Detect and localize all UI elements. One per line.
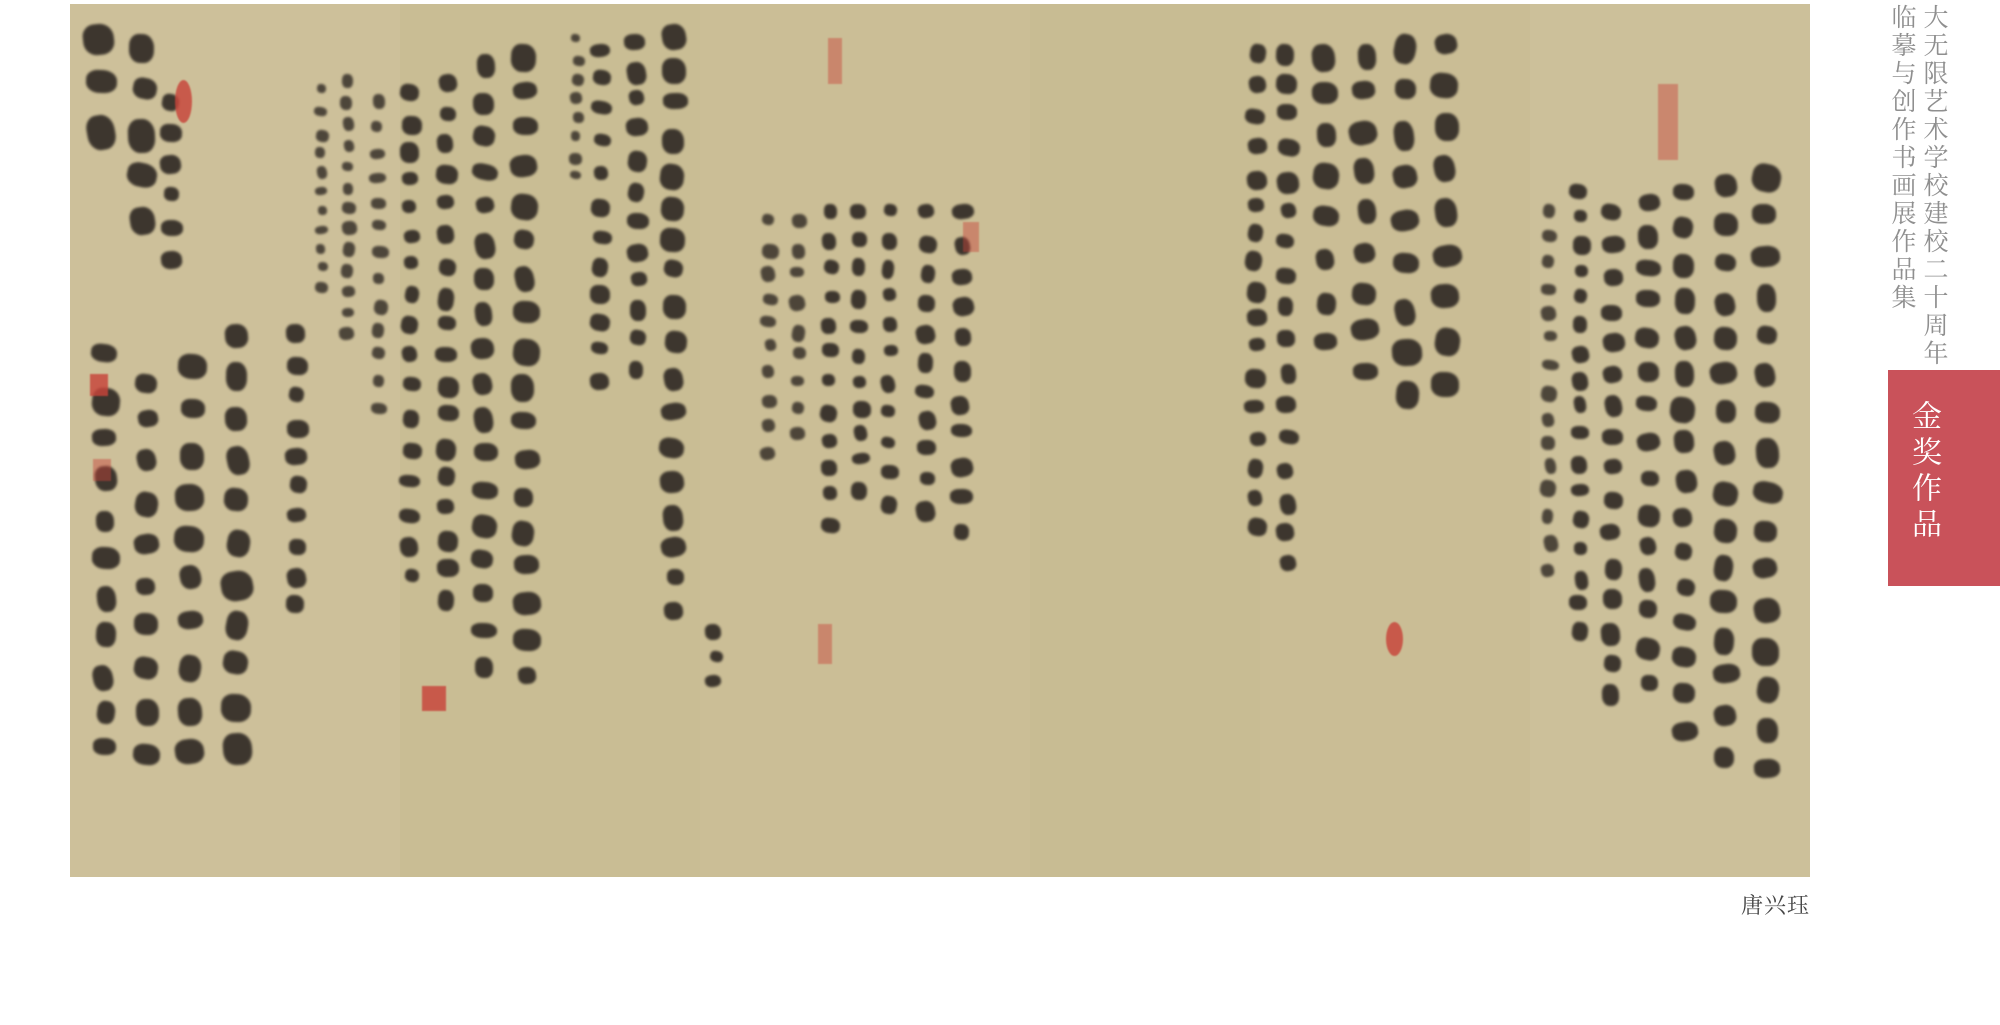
- ink-character: [1435, 113, 1459, 141]
- ink-character: [341, 74, 353, 88]
- ink-character: [436, 224, 455, 245]
- ink-character: [343, 183, 353, 195]
- ink-character: [1541, 283, 1556, 294]
- ink-character: [285, 595, 304, 613]
- ink-character: [221, 693, 252, 722]
- ink-character: [1276, 44, 1295, 67]
- ink-character: [790, 266, 804, 276]
- ink-character: [629, 361, 644, 379]
- ink-character: [1755, 437, 1780, 469]
- ink-character: [1714, 747, 1735, 769]
- ink-character: [400, 142, 420, 163]
- ink-character: [1752, 638, 1779, 666]
- ink-character: [315, 147, 326, 159]
- red-seal-stamp: [175, 80, 192, 123]
- ink-character: [1316, 292, 1337, 316]
- ink-character: [402, 442, 422, 459]
- ink-character: [181, 399, 206, 418]
- ink-character: [371, 198, 386, 209]
- red-seal-stamp: [93, 459, 111, 481]
- ink-character: [822, 343, 839, 357]
- ink-character: [514, 554, 540, 574]
- ink-character: [762, 243, 780, 260]
- ink-character: [820, 460, 836, 476]
- ink-character: [1245, 368, 1267, 389]
- ink-character: [1674, 287, 1695, 313]
- ink-character: [822, 373, 835, 386]
- ink-character: [626, 213, 649, 230]
- ink-character: [1602, 429, 1623, 445]
- ink-character: [136, 699, 160, 727]
- ink-character: [287, 420, 310, 438]
- ink-character: [177, 697, 202, 727]
- ink-character: [316, 244, 326, 254]
- ink-character: [667, 569, 684, 585]
- red-seal-stamp: [818, 624, 832, 664]
- artwork-panel: [1030, 4, 1260, 877]
- ink-character: [883, 344, 898, 356]
- ink-character: [1674, 430, 1695, 454]
- ink-character: [1752, 204, 1776, 224]
- ink-character: [473, 583, 493, 601]
- ink-character: [372, 374, 384, 388]
- ink-character: [852, 232, 867, 247]
- ink-character: [1357, 44, 1376, 70]
- ink-character: [1641, 471, 1659, 487]
- ink-character: [951, 268, 973, 286]
- ink-character: [1395, 79, 1417, 100]
- ink-character: [882, 317, 897, 333]
- catalog-subtitle: 临摹与创作书画展作品集: [1890, 4, 1915, 312]
- ink-character: [435, 346, 457, 361]
- ink-character: [1757, 284, 1777, 312]
- ink-character: [1278, 297, 1294, 316]
- ink-character: [1673, 682, 1696, 703]
- ink-character: [659, 227, 685, 252]
- ink-character: [129, 34, 154, 64]
- ink-character: [792, 243, 806, 259]
- ink-character: [512, 628, 541, 651]
- ink-character: [955, 328, 972, 347]
- ink-character: [664, 330, 688, 354]
- ink-character: [1673, 254, 1695, 279]
- ink-character: [472, 92, 493, 115]
- ink-character: [92, 737, 115, 754]
- ink-character: [1638, 600, 1657, 619]
- ink-character: [1248, 337, 1265, 351]
- artwork-panel: [700, 4, 1030, 877]
- ink-character: [1572, 236, 1590, 255]
- ink-character: [1640, 675, 1657, 691]
- red-seal-stamp: [422, 686, 446, 711]
- ink-character: [954, 361, 971, 382]
- ink-character: [288, 539, 305, 555]
- ink-character: [589, 372, 609, 391]
- ink-character: [178, 353, 209, 379]
- ink-character: [315, 281, 329, 294]
- ink-character: [368, 172, 386, 184]
- ink-character: [514, 449, 541, 470]
- ink-character: [225, 407, 248, 432]
- ink-character: [821, 318, 837, 335]
- ink-character: [402, 116, 422, 135]
- ink-character: [850, 482, 867, 501]
- ink-character: [881, 464, 899, 478]
- award-category-label: 金奖作品: [1908, 400, 1938, 544]
- ink-character: [1603, 654, 1622, 673]
- ink-character: [662, 58, 687, 84]
- ink-character: [128, 118, 156, 152]
- ink-character: [1248, 43, 1266, 64]
- ink-character: [853, 401, 872, 418]
- ink-character: [475, 657, 493, 678]
- red-seal-stamp: [1658, 84, 1678, 160]
- red-seal-stamp: [90, 374, 108, 396]
- ink-character: [340, 263, 353, 278]
- ink-character: [437, 559, 459, 578]
- ink-character: [1600, 622, 1621, 646]
- ink-character: [1754, 759, 1781, 779]
- ink-character: [825, 291, 840, 303]
- award-category-tab[interactable]: 金奖作品: [1888, 370, 2000, 586]
- ink-character: [630, 271, 648, 287]
- ink-character: [511, 374, 535, 403]
- ink-character: [340, 96, 352, 110]
- ink-character: [164, 186, 180, 201]
- ink-character: [511, 591, 541, 617]
- ink-character: [1570, 621, 1588, 642]
- ink-character: [1601, 305, 1622, 321]
- ink-character: [226, 362, 248, 391]
- ink-character: [919, 472, 934, 486]
- ink-character: [161, 220, 183, 236]
- ink-character: [1575, 265, 1588, 277]
- ink-character: [402, 376, 421, 391]
- ink-character: [1603, 589, 1622, 609]
- ink-character: [1674, 361, 1693, 387]
- ink-character: [512, 300, 540, 323]
- ink-character: [437, 376, 460, 398]
- ink-character: [373, 273, 384, 284]
- ink-character: [1316, 122, 1336, 146]
- ink-character: [372, 220, 387, 231]
- red-seal-stamp: [828, 38, 842, 84]
- ink-character: [569, 91, 583, 105]
- ink-character: [1391, 338, 1423, 366]
- ink-character: [474, 443, 498, 462]
- ink-character: [1753, 521, 1777, 543]
- ink-character: [1247, 197, 1265, 212]
- ink-character: [1541, 436, 1555, 450]
- ink-character: [571, 34, 581, 43]
- ink-character: [590, 285, 611, 304]
- ink-character: [1602, 684, 1620, 706]
- ink-character: [510, 43, 536, 72]
- ink-character: [286, 324, 306, 343]
- ink-character: [1570, 456, 1587, 475]
- ink-character: [881, 404, 896, 417]
- ink-character: [662, 129, 685, 155]
- ink-character: [663, 93, 688, 109]
- ink-character: [174, 483, 205, 511]
- ink-character: [1638, 225, 1658, 249]
- ink-character: [440, 106, 457, 122]
- ink-character: [662, 504, 684, 531]
- ink-character: [437, 530, 459, 552]
- ink-character: [850, 204, 867, 219]
- ink-character: [437, 498, 455, 514]
- ink-character: [95, 621, 116, 647]
- ink-character: [513, 116, 538, 134]
- catalog-title: 大无限艺术学校建校二十周年: [1922, 4, 1947, 368]
- ink-character: [286, 357, 307, 376]
- ink-character: [570, 131, 579, 141]
- ink-character: [793, 347, 806, 359]
- ink-character: [517, 666, 537, 685]
- ink-character: [1431, 372, 1459, 397]
- ink-character: [1754, 401, 1780, 423]
- ink-character: [1569, 595, 1587, 610]
- ink-character: [399, 474, 420, 487]
- ink-character: [438, 405, 459, 422]
- red-seal-stamp: [963, 222, 979, 252]
- ink-character: [313, 106, 327, 116]
- ink-character: [852, 258, 866, 276]
- ink-character: [1638, 361, 1660, 382]
- ink-character: [882, 233, 898, 251]
- ink-character: [1716, 400, 1737, 424]
- ink-character: [824, 204, 837, 219]
- ink-character: [917, 440, 937, 456]
- ink-character: [92, 546, 121, 569]
- ink-character: [1275, 73, 1297, 95]
- ink-character: [92, 428, 117, 446]
- ink-character: [569, 153, 582, 165]
- artist-caption: 唐兴珏: [1741, 889, 1810, 920]
- ink-character: [1275, 267, 1296, 284]
- ink-character: [1710, 589, 1737, 613]
- ink-character: [180, 443, 204, 470]
- ink-character: [1573, 209, 1586, 222]
- ink-character: [318, 206, 327, 215]
- ink-character: [660, 196, 685, 222]
- ink-character: [134, 613, 159, 635]
- ink-character: [1756, 717, 1778, 743]
- ink-character: [514, 488, 533, 507]
- ink-character: [1246, 457, 1264, 478]
- ink-character: [1713, 213, 1738, 236]
- ink-character: [342, 161, 354, 171]
- ink-character: [438, 315, 457, 330]
- ink-character: [821, 233, 836, 251]
- ink-character: [1247, 136, 1268, 154]
- ink-character: [96, 510, 115, 531]
- ink-character: [1713, 627, 1735, 656]
- red-seal-stamp: [1386, 622, 1403, 656]
- ink-character: [572, 55, 585, 66]
- ink-character: [1313, 332, 1337, 350]
- ink-character: [470, 623, 497, 639]
- ink-character: [1673, 184, 1695, 201]
- ink-character: [474, 268, 494, 290]
- ink-character: [1636, 290, 1661, 307]
- ink-character: [1353, 362, 1379, 380]
- ink-character: [1637, 504, 1661, 528]
- ink-character: [223, 487, 249, 513]
- ink-character: [663, 294, 687, 318]
- ink-character: [918, 352, 934, 373]
- ink-character: [222, 732, 253, 766]
- ink-character: [86, 69, 118, 93]
- ink-character: [341, 201, 356, 214]
- ink-character: [1574, 542, 1588, 555]
- calligraphy-artwork: [70, 4, 1810, 877]
- ink-character: [1573, 316, 1588, 333]
- ink-character: [315, 129, 329, 143]
- ink-character: [1277, 330, 1295, 347]
- ink-character: [791, 375, 804, 386]
- ink-character: [1571, 426, 1589, 439]
- ink-character: [630, 300, 646, 321]
- ink-character: [1312, 82, 1339, 105]
- ink-character: [403, 229, 420, 244]
- ink-character: [476, 54, 495, 79]
- ink-character: [1351, 282, 1377, 306]
- ink-character: [1277, 104, 1297, 120]
- ink-character: [160, 123, 183, 142]
- ink-character: [573, 112, 584, 123]
- ink-character: [436, 287, 455, 311]
